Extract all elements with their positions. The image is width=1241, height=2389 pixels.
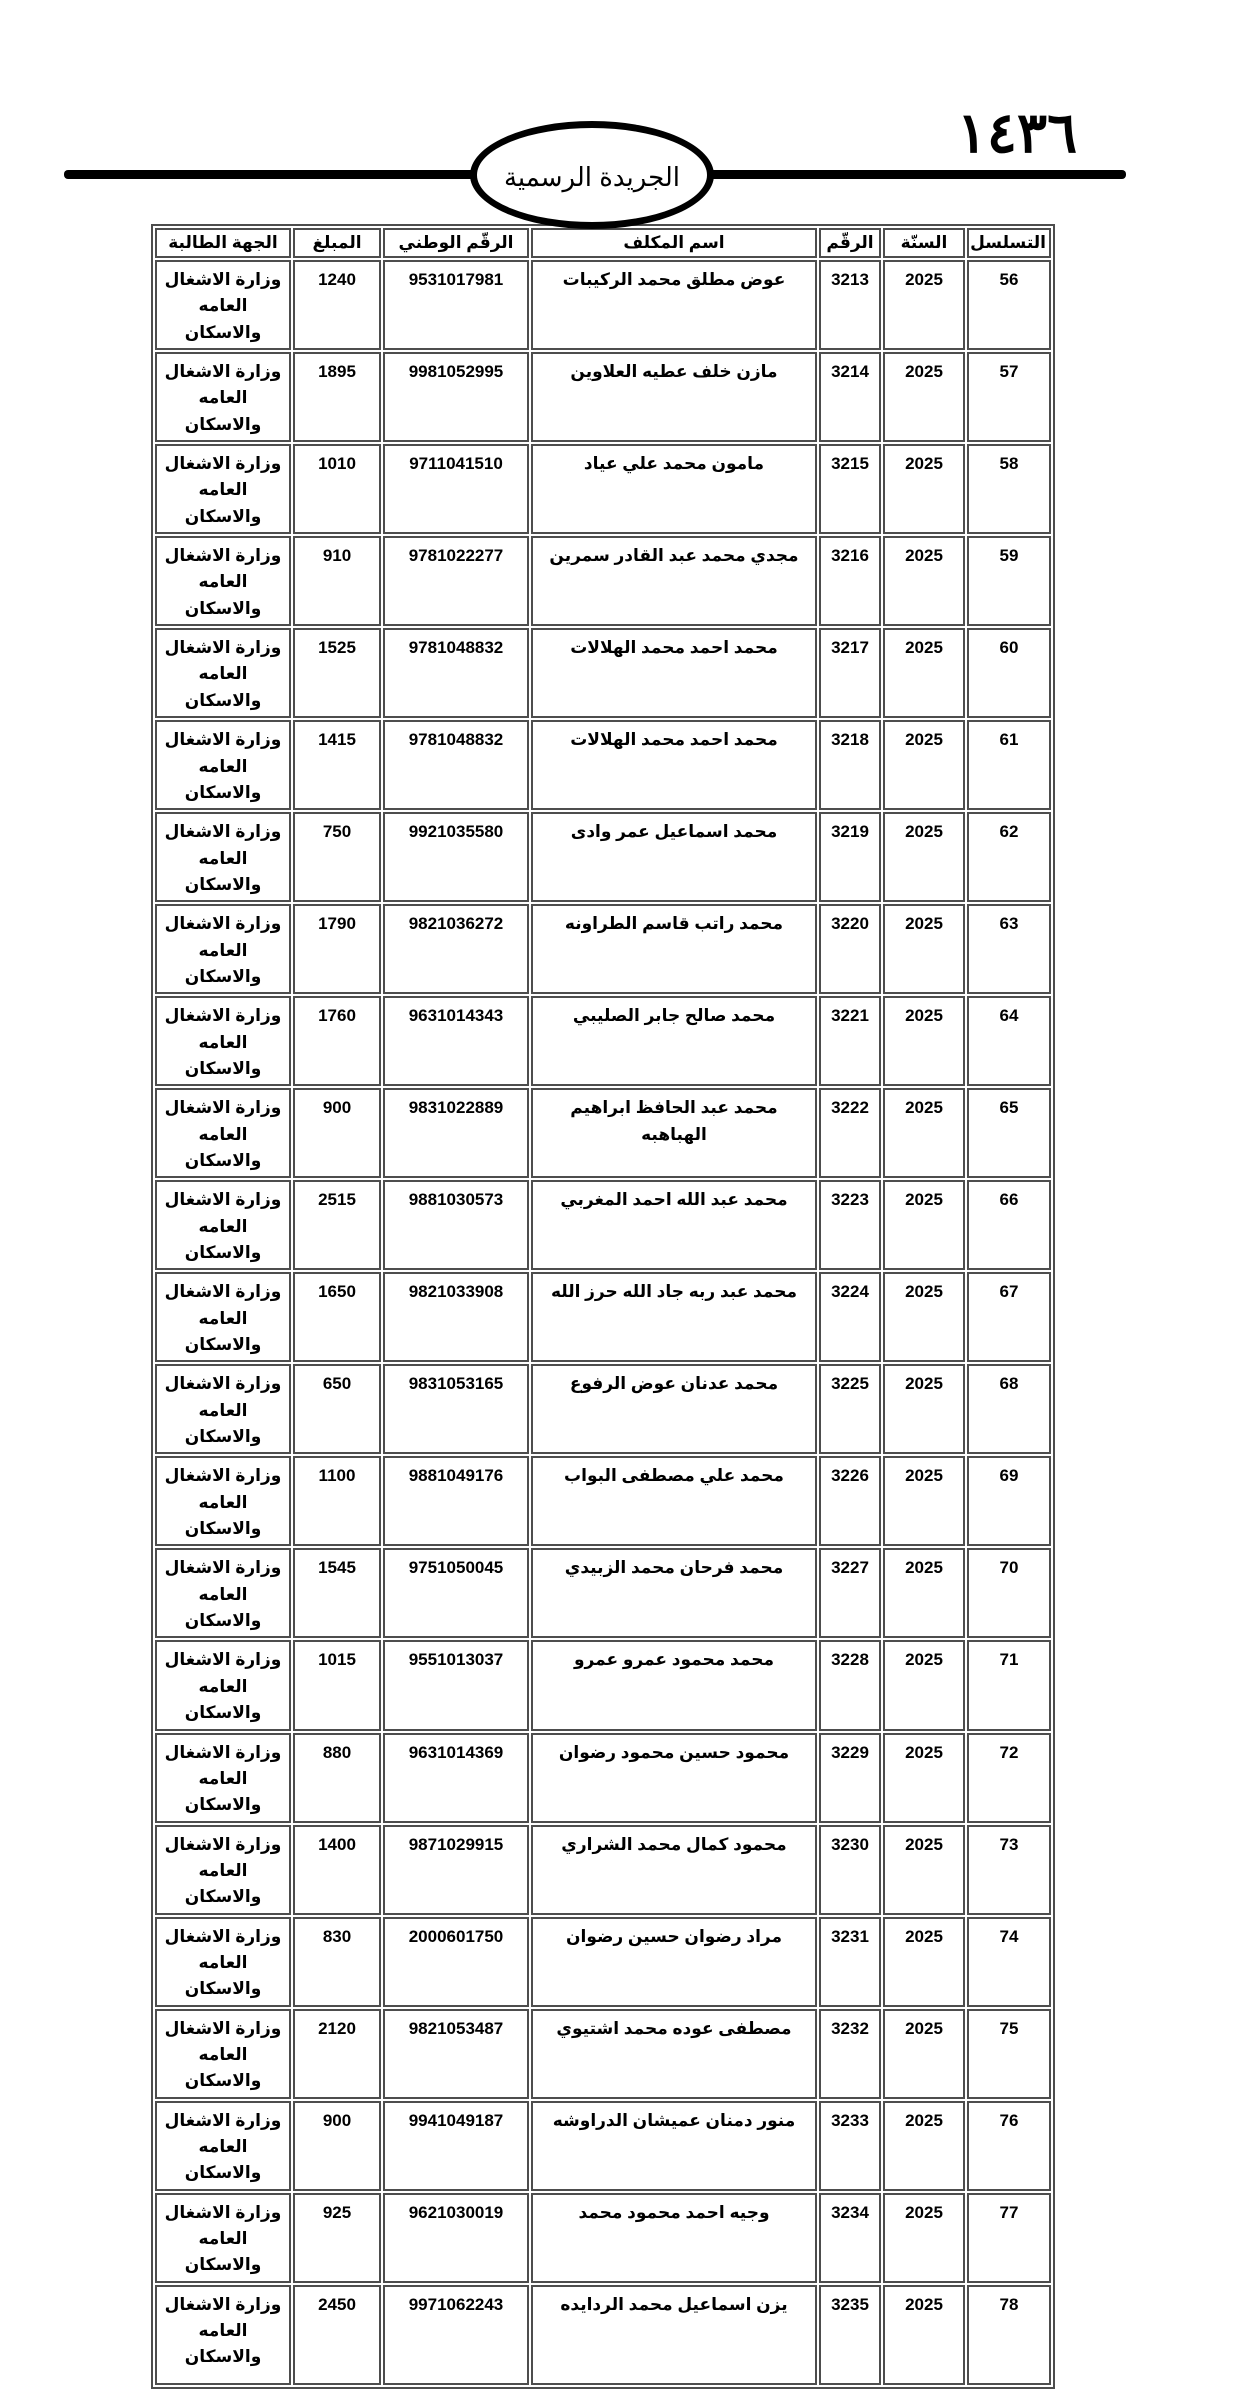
cell-year: 2025 (883, 1180, 965, 1270)
entity-line-2: العامه والاسكان (185, 1677, 262, 1722)
cell-serial: 69 (967, 1456, 1051, 1546)
cell-year: 2025 (883, 904, 965, 994)
cell-name: محمد عبد الحافظ ابراهيم الهباهبه (531, 1088, 817, 1178)
cell-national-id: 9631014369 (383, 1733, 529, 1823)
cell-entity: وزارة الاشغال العامه والاسكان (155, 1272, 291, 1362)
cell-entity: وزارة الاشغال العامه والاسكان (155, 444, 291, 534)
cell-serial: 70 (967, 1548, 1051, 1638)
table-row: 69 2025 3226 محمد علي مصطفى البواب 98810… (155, 1456, 1051, 1546)
entity-line-1: وزارة الاشغال (165, 1466, 282, 1485)
cell-national-id: 9981052995 (383, 352, 529, 442)
cell-amount: 2515 (293, 1180, 381, 1270)
cell-year: 2025 (883, 996, 965, 1086)
entity-line-1: وزارة الاشغال (165, 730, 282, 749)
entity-line-1: وزارة الاشغال (165, 1835, 282, 1854)
cell-number: 3213 (819, 260, 881, 350)
records-table-body: 56 2025 3213 عوض مطلق محمد الركيبات 9531… (155, 260, 1051, 2385)
cell-serial: 77 (967, 2193, 1051, 2283)
cell-name: محمد صالح جابر الصليبي (531, 996, 817, 1086)
cell-number: 3223 (819, 1180, 881, 1270)
table-row: 58 2025 3215 مامون محمد علي عياد 9711041… (155, 444, 1051, 534)
cell-entity: وزارة الاشغال العامه والاسكان (155, 1364, 291, 1454)
entity-line-1: وزارة الاشغال (165, 1650, 282, 1669)
table-row: 63 2025 3220 محمد راتب قاسم الطراونه 982… (155, 904, 1051, 994)
table-row: 68 2025 3225 محمد عدنان عوض الرفوع 98310… (155, 1364, 1051, 1454)
cell-number: 3226 (819, 1456, 881, 1546)
cell-number: 3220 (819, 904, 881, 994)
cell-national-id: 9821036272 (383, 904, 529, 994)
cell-amount: 650 (293, 1364, 381, 1454)
table-row: 74 2025 3231 مراد رضوان حسين رضوان 20006… (155, 1917, 1051, 2007)
entity-line-1: وزارة الاشغال (165, 914, 282, 933)
entity-line-1: وزارة الاشغال (165, 638, 282, 657)
entity-line-1: وزارة الاشغال (165, 1190, 282, 1209)
entity-line-1: وزارة الاشغال (165, 2111, 282, 2130)
table-row: 78 2025 3235 يزن اسماعيل محمد الردايده 9… (155, 2285, 1051, 2385)
column-header-entity: الجهة الطالبة (155, 228, 291, 258)
cell-amount: 1650 (293, 1272, 381, 1362)
entity-line-2: العامه والاسكان (185, 2045, 262, 2090)
cell-serial: 65 (967, 1088, 1051, 1178)
cell-national-id: 9781022277 (383, 536, 529, 626)
cell-year: 2025 (883, 1272, 965, 1362)
cell-year: 2025 (883, 628, 965, 718)
cell-entity: وزارة الاشغال العامه والاسكان (155, 720, 291, 810)
entity-line-1: وزارة الاشغال (165, 1558, 282, 1577)
entity-line-2: العامه والاسكان (185, 849, 262, 894)
cell-number: 3225 (819, 1364, 881, 1454)
gazette-seal-ellipse: الجريدة الرسمية (470, 121, 714, 229)
cell-name: محمد فرحان محمد الزبيدي (531, 1548, 817, 1638)
cell-serial: 67 (967, 1272, 1051, 1362)
cell-serial: 75 (967, 2009, 1051, 2099)
cell-entity: وزارة الاشغال العامه والاسكان (155, 1733, 291, 1823)
cell-number: 3214 (819, 352, 881, 442)
cell-entity: وزارة الاشغال العامه والاسكان (155, 352, 291, 442)
cell-year: 2025 (883, 2285, 965, 2385)
cell-name: محمد احمد محمد الهلالات (531, 720, 817, 810)
entity-line-2: العامه والاسكان (185, 1585, 262, 1630)
entity-line-2: العامه والاسكان (185, 1033, 262, 1078)
cell-number: 3230 (819, 1825, 881, 1915)
cell-name: محمد عدنان عوض الرفوع (531, 1364, 817, 1454)
cell-serial: 56 (967, 260, 1051, 350)
cell-amount: 750 (293, 812, 381, 902)
cell-serial: 62 (967, 812, 1051, 902)
entity-line-2: العامه والاسكان (185, 1401, 262, 1446)
cell-serial: 72 (967, 1733, 1051, 1823)
cell-name: محمد راتب قاسم الطراونه (531, 904, 817, 994)
cell-number: 3231 (819, 1917, 881, 2007)
cell-amount: 1545 (293, 1548, 381, 1638)
column-header-serial: التسلسل (967, 228, 1051, 258)
table-row: 57 2025 3214 مازن خلف عطيه العلاوين 9981… (155, 352, 1051, 442)
table-row: 59 2025 3216 مجدي محمد عبد القادر سمرين … (155, 536, 1051, 626)
cell-amount: 1400 (293, 1825, 381, 1915)
cell-serial: 68 (967, 1364, 1051, 1454)
column-header-year: السنّة (883, 228, 965, 258)
cell-year: 2025 (883, 1548, 965, 1638)
entity-line-2: العامه والاسكان (185, 1217, 262, 1262)
cell-amount: 2450 (293, 2285, 381, 2385)
entity-line-1: وزارة الاشغال (165, 1282, 282, 1301)
cell-name: وجيه احمد محمود محمد (531, 2193, 817, 2283)
cell-serial: 78 (967, 2285, 1051, 2385)
column-header-amount: المبلغ (293, 228, 381, 258)
cell-national-id: 9621030019 (383, 2193, 529, 2283)
table-row: 60 2025 3217 محمد احمد محمد الهلالات 978… (155, 628, 1051, 718)
cell-number: 3235 (819, 2285, 881, 2385)
entity-line-2: العامه والاسكان (185, 480, 262, 525)
entity-line-1: وزارة الاشغال (165, 1098, 282, 1117)
records-table: التسلسل السنّة الرقّم اسم المكلف الرقّم … (151, 224, 1055, 2389)
table-row: 66 2025 3223 محمد عبد الله احمد المغربي … (155, 1180, 1051, 1270)
cell-number: 3216 (819, 536, 881, 626)
page-number: ١٤٣٦ (952, 104, 1082, 166)
cell-amount: 1895 (293, 352, 381, 442)
cell-serial: 59 (967, 536, 1051, 626)
cell-amount: 1790 (293, 904, 381, 994)
cell-amount: 1760 (293, 996, 381, 1086)
cell-number: 3233 (819, 2101, 881, 2191)
entity-line-2: العامه والاسكان (185, 572, 262, 617)
cell-year: 2025 (883, 1825, 965, 1915)
cell-name: محمود حسين محمود رضوان (531, 1733, 817, 1823)
cell-number: 3228 (819, 1640, 881, 1730)
cell-national-id: 9871029915 (383, 1825, 529, 1915)
cell-amount: 880 (293, 1733, 381, 1823)
table-row: 75 2025 3232 مصطفى عوده محمد اشتيوي 9821… (155, 2009, 1051, 2099)
cell-name: محمد عبد ربه جاد الله حرز الله (531, 1272, 817, 1362)
entity-line-1: وزارة الاشغال (165, 2295, 282, 2314)
records-table-container: التسلسل السنّة الرقّم اسم المكلف الرقّم … (157, 224, 1055, 2389)
entity-line-2: العامه والاسكان (185, 1309, 262, 1354)
entity-line-2: العامه والاسكان (185, 941, 262, 986)
cell-serial: 64 (967, 996, 1051, 1086)
entity-line-2: العامه والاسكان (185, 1953, 262, 1998)
cell-number: 3232 (819, 2009, 881, 2099)
cell-entity: وزارة الاشغال العامه والاسكان (155, 1548, 291, 1638)
cell-number: 3229 (819, 1733, 881, 1823)
entity-line-2: العامه والاسكان (185, 2229, 262, 2274)
cell-amount: 910 (293, 536, 381, 626)
cell-name: يزن اسماعيل محمد الردايده (531, 2285, 817, 2385)
table-row: 67 2025 3224 محمد عبد ربه جاد الله حرز ا… (155, 1272, 1051, 1362)
cell-name: محمد اسماعيل عمر وادى (531, 812, 817, 902)
cell-amount: 1100 (293, 1456, 381, 1546)
cell-entity: وزارة الاشغال العامه والاسكان (155, 2285, 291, 2385)
cell-amount: 1525 (293, 628, 381, 718)
cell-amount: 1015 (293, 1640, 381, 1730)
gazette-title: الجريدة الرسمية (504, 158, 680, 193)
cell-number: 3234 (819, 2193, 881, 2283)
entity-line-1: وزارة الاشغال (165, 1927, 282, 1946)
cell-entity: وزارة الاشغال العامه والاسكان (155, 1180, 291, 1270)
cell-amount: 1415 (293, 720, 381, 810)
cell-number: 3219 (819, 812, 881, 902)
cell-number: 3215 (819, 444, 881, 534)
cell-year: 2025 (883, 1917, 965, 2007)
cell-year: 2025 (883, 1088, 965, 1178)
entity-line-1: وزارة الاشغال (165, 2203, 282, 2222)
cell-number: 3221 (819, 996, 881, 1086)
entity-line-1: وزارة الاشغال (165, 546, 282, 565)
entity-line-1: وزارة الاشغال (165, 822, 282, 841)
entity-line-2: العامه والاسكان (185, 664, 262, 709)
cell-name: محمد احمد محمد الهلالات (531, 628, 817, 718)
cell-name: منور دمنان عميشان الدراوشه (531, 2101, 817, 2191)
cell-year: 2025 (883, 1456, 965, 1546)
cell-name: مراد رضوان حسين رضوان (531, 1917, 817, 2007)
table-row: 73 2025 3230 محمود كمال محمد الشراري 987… (155, 1825, 1051, 1915)
entity-line-2: العامه والاسكان (185, 1861, 262, 1906)
entity-line-2: العامه والاسكان (185, 757, 262, 802)
cell-serial: 71 (967, 1640, 1051, 1730)
cell-national-id: 9711041510 (383, 444, 529, 534)
table-row: 71 2025 3228 محمد محمود عمرو عمرو 955101… (155, 1640, 1051, 1730)
cell-amount: 900 (293, 2101, 381, 2191)
cell-entity: وزارة الاشغال العامه والاسكان (155, 1456, 291, 1546)
column-header-national-id: الرقّم الوطني (383, 228, 529, 258)
entity-line-1: وزارة الاشغال (165, 270, 282, 289)
cell-year: 2025 (883, 444, 965, 534)
cell-number: 3218 (819, 720, 881, 810)
table-row: 56 2025 3213 عوض مطلق محمد الركيبات 9531… (155, 260, 1051, 350)
entity-line-1: وزارة الاشغال (165, 1743, 282, 1762)
cell-serial: 73 (967, 1825, 1051, 1915)
cell-name: مجدي محمد عبد القادر سمرين (531, 536, 817, 626)
cell-national-id: 9921035580 (383, 812, 529, 902)
cell-entity: وزارة الاشغال العامه والاسكان (155, 1088, 291, 1178)
cell-number: 3222 (819, 1088, 881, 1178)
cell-national-id: 9881049176 (383, 1456, 529, 1546)
cell-national-id: 9881030573 (383, 1180, 529, 1270)
cell-entity: وزارة الاشغال العامه والاسكان (155, 996, 291, 1086)
cell-year: 2025 (883, 2009, 965, 2099)
cell-name: محمود كمال محمد الشراري (531, 1825, 817, 1915)
column-header-name: اسم المكلف (531, 228, 817, 258)
cell-name: مازن خلف عطيه العلاوين (531, 352, 817, 442)
cell-year: 2025 (883, 260, 965, 350)
cell-serial: 63 (967, 904, 1051, 994)
cell-year: 2025 (883, 812, 965, 902)
cell-number: 3224 (819, 1272, 881, 1362)
cell-serial: 74 (967, 1917, 1051, 2007)
cell-entity: وزارة الاشغال العامه والاسكان (155, 812, 291, 902)
cell-national-id: 9831022889 (383, 1088, 529, 1178)
cell-national-id: 9941049187 (383, 2101, 529, 2191)
cell-national-id: 9831053165 (383, 1364, 529, 1454)
cell-amount: 925 (293, 2193, 381, 2283)
entity-line-1: وزارة الاشغال (165, 1374, 282, 1393)
cell-year: 2025 (883, 536, 965, 626)
cell-year: 2025 (883, 1364, 965, 1454)
cell-amount: 900 (293, 1088, 381, 1178)
cell-name: محمد علي مصطفى البواب (531, 1456, 817, 1546)
table-row: 77 2025 3234 وجيه احمد محمود محمد 962103… (155, 2193, 1051, 2283)
cell-entity: وزارة الاشغال العامه والاسكان (155, 2101, 291, 2191)
cell-year: 2025 (883, 1640, 965, 1730)
entity-line-1: وزارة الاشغال (165, 2019, 282, 2038)
cell-amount: 1240 (293, 260, 381, 350)
cell-entity: وزارة الاشغال العامه والاسكان (155, 1640, 291, 1730)
cell-year: 2025 (883, 2101, 965, 2191)
entity-line-2: العامه والاسكان (185, 2137, 262, 2182)
cell-entity: وزارة الاشغال العامه والاسكان (155, 628, 291, 718)
cell-year: 2025 (883, 2193, 965, 2283)
entity-line-2: العامه والاسكان (185, 296, 262, 341)
cell-serial: 58 (967, 444, 1051, 534)
cell-national-id: 9531017981 (383, 260, 529, 350)
cell-name: محمد عبد الله احمد المغربي (531, 1180, 817, 1270)
cell-name: مامون محمد علي عياد (531, 444, 817, 534)
cell-year: 2025 (883, 352, 965, 442)
entity-line-2: العامه والاسكان (185, 2321, 262, 2366)
cell-name: محمد محمود عمرو عمرو (531, 1640, 817, 1730)
table-row: 76 2025 3233 منور دمنان عميشان الدراوشه … (155, 2101, 1051, 2191)
cell-serial: 57 (967, 352, 1051, 442)
cell-number: 3227 (819, 1548, 881, 1638)
table-row: 61 2025 3218 محمد احمد محمد الهلالات 978… (155, 720, 1051, 810)
entity-line-1: وزارة الاشغال (165, 362, 282, 381)
cell-serial: 61 (967, 720, 1051, 810)
cell-name: مصطفى عوده محمد اشتيوي (531, 2009, 817, 2099)
entity-line-2: العامه والاسكان (185, 388, 262, 433)
table-row: 65 2025 3222 محمد عبد الحافظ ابراهيم اله… (155, 1088, 1051, 1178)
cell-amount: 1010 (293, 444, 381, 534)
cell-year: 2025 (883, 1733, 965, 1823)
cell-national-id: 9751050045 (383, 1548, 529, 1638)
entity-line-2: العامه والاسكان (185, 1125, 262, 1170)
cell-amount: 2120 (293, 2009, 381, 2099)
cell-national-id: 9821033908 (383, 1272, 529, 1362)
table-row: 72 2025 3229 محمود حسين محمود رضوان 9631… (155, 1733, 1051, 1823)
cell-national-id: 9781048832 (383, 628, 529, 718)
table-row: 62 2025 3219 محمد اسماعيل عمر وادى 99210… (155, 812, 1051, 902)
entity-line-1: وزارة الاشغال (165, 454, 282, 473)
cell-serial: 76 (967, 2101, 1051, 2191)
cell-serial: 66 (967, 1180, 1051, 1270)
table-row: 64 2025 3221 محمد صالح جابر الصليبي 9631… (155, 996, 1051, 1086)
cell-entity: وزارة الاشغال العامه والاسكان (155, 1917, 291, 2007)
cell-entity: وزارة الاشغال العامه والاسكان (155, 904, 291, 994)
cell-number: 3217 (819, 628, 881, 718)
cell-year: 2025 (883, 720, 965, 810)
cell-national-id: 9821053487 (383, 2009, 529, 2099)
cell-name: عوض مطلق محمد الركيبات (531, 260, 817, 350)
entity-line-2: العامه والاسكان (185, 1769, 262, 1814)
cell-entity: وزارة الاشغال العامه والاسكان (155, 2009, 291, 2099)
cell-national-id: 2000601750 (383, 1917, 529, 2007)
cell-entity: وزارة الاشغال العامه والاسكان (155, 2193, 291, 2283)
cell-national-id: 9971062243 (383, 2285, 529, 2385)
entity-line-1: وزارة الاشغال (165, 1006, 282, 1025)
cell-serial: 60 (967, 628, 1051, 718)
cell-entity: وزارة الاشغال العامه والاسكان (155, 536, 291, 626)
table-row: 70 2025 3227 محمد فرحان محمد الزبيدي 975… (155, 1548, 1051, 1638)
cell-national-id: 9781048832 (383, 720, 529, 810)
table-header-row: التسلسل السنّة الرقّم اسم المكلف الرقّم … (155, 228, 1051, 258)
entity-line-2: العامه والاسكان (185, 1493, 262, 1538)
cell-national-id: 9551013037 (383, 1640, 529, 1730)
cell-entity: وزارة الاشغال العامه والاسكان (155, 1825, 291, 1915)
cell-national-id: 9631014343 (383, 996, 529, 1086)
column-header-number: الرقّم (819, 228, 881, 258)
cell-entity: وزارة الاشغال العامه والاسكان (155, 260, 291, 350)
cell-amount: 830 (293, 1917, 381, 2007)
